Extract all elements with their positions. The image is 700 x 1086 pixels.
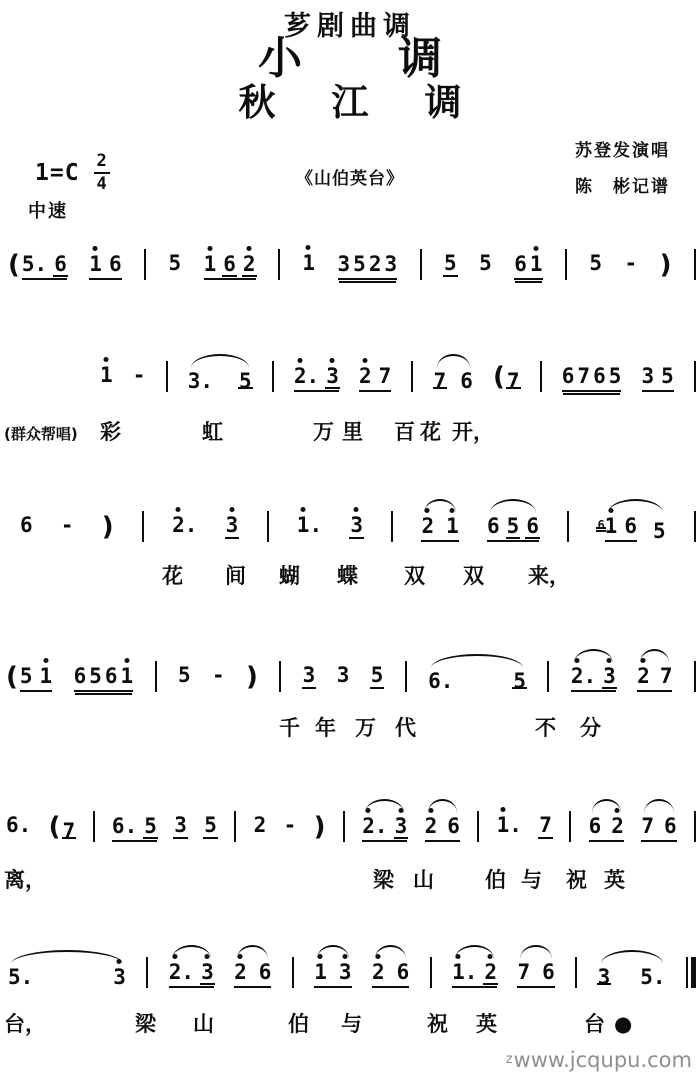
note: 3	[642, 366, 655, 387]
watermark: zwww.jcqupu.com	[506, 1048, 692, 1072]
lyric-syllable: 百	[394, 420, 415, 445]
note: 5	[353, 254, 366, 275]
octave-dot	[205, 954, 210, 959]
octave-dot	[306, 245, 311, 250]
note-number: 1	[121, 666, 134, 687]
note-number: 3	[303, 665, 316, 686]
note: -	[61, 515, 74, 542]
lyric-row: 花间蝴蝶双双来，	[0, 564, 700, 592]
lyric-syllable: 虹	[202, 420, 223, 445]
note: 1	[446, 516, 459, 537]
note-group: 5.6	[22, 254, 67, 280]
octave-dot	[354, 507, 359, 512]
lyric-syllable: ●	[614, 1012, 632, 1037]
note-group: 27	[359, 366, 391, 392]
title-char: 调	[425, 84, 462, 123]
note: 6	[447, 816, 460, 837]
underline	[62, 837, 77, 839]
note: 5	[479, 253, 492, 280]
note: 3	[174, 815, 187, 842]
note-number: 2	[611, 816, 624, 837]
octave-dot	[124, 658, 129, 663]
note-number: 2	[369, 254, 382, 275]
note-number: 3	[326, 366, 339, 387]
note: 5	[653, 521, 666, 542]
note-number: 3	[337, 665, 350, 686]
underline	[238, 387, 253, 389]
second-beam-line	[339, 281, 397, 283]
barline	[694, 249, 696, 280]
note-group: (7	[493, 364, 520, 392]
music-line: 1-3.52.32776(7676535	[100, 356, 696, 392]
note-number: 6	[664, 816, 677, 837]
note-number: 2	[484, 962, 497, 983]
note: 2	[369, 254, 382, 275]
note: 6	[624, 516, 637, 537]
underline	[173, 837, 188, 839]
lyric-syllable: 梁	[135, 1012, 156, 1037]
barline	[272, 361, 274, 392]
extra-underline	[483, 983, 498, 985]
extra-underline	[325, 387, 340, 389]
slur-group: 26	[372, 962, 409, 988]
note-number: 2	[637, 666, 650, 687]
slur-group: 26	[234, 962, 271, 988]
note: 2	[637, 666, 650, 687]
note: 6.	[428, 671, 453, 692]
note: 6	[109, 254, 122, 275]
note: 2.	[362, 816, 387, 837]
extra-underline	[200, 983, 215, 985]
note-number: 5	[20, 666, 33, 687]
note-number: 2.	[571, 666, 596, 687]
note-number: 6	[109, 254, 122, 275]
barline	[278, 249, 280, 280]
note: 5	[371, 665, 384, 692]
note: 5	[444, 253, 457, 280]
octave-dot	[488, 954, 493, 959]
note-number: 3	[603, 666, 616, 687]
open-paren: (	[493, 364, 505, 392]
note-number: 7	[660, 666, 673, 687]
close-paren: )	[314, 814, 326, 842]
note-number: 3	[384, 254, 397, 275]
note-number: 1	[605, 516, 618, 537]
note-number: 1.	[452, 962, 477, 983]
note: 5	[507, 516, 520, 537]
note-number: 5	[444, 253, 457, 274]
note: 6	[74, 666, 87, 687]
barline	[292, 957, 294, 988]
barline	[547, 661, 549, 692]
note: 3	[384, 254, 397, 275]
note: 6	[542, 962, 555, 983]
note-group: 16	[89, 254, 121, 280]
note: 2.	[169, 962, 194, 983]
open-paren: (	[6, 664, 18, 692]
note-number: 5	[144, 816, 157, 837]
lyric-syllable: 祝	[566, 868, 587, 893]
octave-dot	[297, 358, 302, 363]
watermark-mark: z	[506, 1052, 513, 1067]
note: 6	[664, 816, 677, 837]
note-number: 1	[40, 666, 53, 687]
note-number: 6.	[112, 816, 137, 837]
note-number: 3	[642, 366, 655, 387]
lyric-syllable: 伯	[485, 868, 506, 893]
note: 5	[661, 366, 674, 387]
note: 7	[507, 371, 520, 392]
close-paren: )	[660, 252, 672, 280]
lyric-syllable: 彩	[100, 420, 121, 445]
note-number: -	[624, 253, 637, 274]
note: 1	[40, 666, 53, 687]
underline	[203, 837, 218, 839]
note: 3	[598, 967, 611, 988]
octave-dot	[172, 954, 177, 959]
note: 2	[421, 516, 434, 537]
note: 3	[201, 962, 214, 983]
note-group: 16	[605, 516, 637, 542]
note-group: (5.6	[8, 252, 67, 280]
note-number: 6	[487, 516, 500, 537]
lyric-syllable: 伯	[288, 1012, 309, 1037]
note-number: 5	[589, 253, 602, 274]
note: 5	[89, 666, 102, 687]
barline	[565, 249, 567, 280]
title-char: 调	[398, 36, 442, 82]
octave-dot	[104, 357, 109, 362]
note-number: 1	[446, 516, 459, 537]
extra-underline	[242, 275, 257, 277]
tune-name: 秋江调	[0, 84, 700, 123]
lyric-syllable: 不	[535, 716, 556, 741]
slur-arc	[644, 799, 673, 813]
note-number: 6	[542, 962, 555, 983]
note-number: 1.	[297, 515, 322, 536]
slur-arc	[608, 499, 663, 513]
note-number: 5	[353, 254, 366, 275]
lyric-syllable: 代	[395, 716, 416, 741]
note: 2	[372, 962, 385, 983]
octave-dot	[300, 507, 305, 512]
barline	[411, 361, 413, 392]
note-number: 2.	[169, 962, 194, 983]
second-beam-line	[75, 693, 133, 695]
barline	[694, 661, 696, 692]
music-line: 6.(76.5352-)2.3261.76276	[6, 806, 696, 842]
note-group: 6165	[597, 516, 665, 542]
octave-dot	[176, 507, 181, 512]
note: 2.	[571, 666, 596, 687]
octave-dot	[43, 658, 48, 663]
note-number: 3	[338, 254, 351, 275]
note-number: -	[61, 515, 74, 536]
note: 3.	[188, 371, 213, 392]
singer-credit: 苏登发演唱	[575, 136, 670, 161]
lyric-syllable: 蝶	[337, 564, 358, 589]
lyric-syllable: 梁	[373, 868, 394, 893]
slur-group: 26	[425, 816, 460, 842]
octave-dot	[366, 808, 371, 813]
note-number: 7	[539, 815, 552, 836]
note: 2	[611, 816, 624, 837]
barline	[93, 811, 95, 842]
note-number: 7	[641, 816, 654, 837]
note-group: 51	[20, 666, 52, 692]
note: 6	[54, 254, 67, 275]
octave-dot	[450, 508, 455, 513]
note-number: 2	[372, 962, 385, 983]
note: 7	[539, 815, 552, 842]
note: 3	[350, 515, 363, 542]
note-number: 3	[201, 962, 214, 983]
note-number: 2	[254, 815, 267, 836]
note-number: 6	[624, 516, 637, 537]
extra-underline	[525, 537, 540, 539]
note: 6	[460, 371, 473, 392]
title-char: 小	[258, 36, 302, 82]
note-number: 1	[89, 254, 102, 275]
underline	[370, 687, 385, 689]
lyric-syllable: 离，	[4, 868, 46, 893]
note: 7	[517, 962, 530, 983]
second-beam-line	[563, 393, 621, 395]
note-number: 6	[223, 254, 236, 275]
barline	[694, 511, 696, 542]
title-char: 秋	[239, 84, 276, 123]
note-group: 61	[514, 254, 542, 280]
note: 5	[144, 816, 157, 837]
note-number: -	[212, 665, 225, 686]
lyric-syllable: 英	[476, 1012, 497, 1037]
note: 7	[434, 371, 447, 392]
note: 6	[223, 254, 236, 275]
lyric-syllable: 英	[604, 868, 625, 893]
note-number: 3	[339, 962, 352, 983]
underline	[538, 837, 553, 839]
note: 7	[660, 666, 673, 687]
note: 5	[204, 815, 217, 842]
barline	[477, 811, 479, 842]
underline	[506, 387, 521, 389]
slur-group: 165	[605, 516, 666, 542]
slur-group: 3.5	[188, 371, 252, 392]
final-barline	[686, 957, 696, 988]
octave-dot	[533, 246, 538, 251]
octave-dot	[641, 658, 646, 663]
tempo-marking: 中速	[28, 197, 68, 223]
music-line: 6-)2.31.3216566165	[20, 506, 696, 542]
note-group: 162	[204, 254, 256, 280]
note: -	[133, 365, 146, 392]
lyric-syllable: 与	[341, 1012, 362, 1037]
note: 2	[425, 816, 438, 837]
note: -	[284, 815, 297, 842]
lyric-syllable: 祝	[427, 1012, 448, 1037]
lyric-syllable: 万	[355, 716, 376, 741]
note: 5	[20, 666, 33, 687]
underline	[225, 537, 240, 539]
music-line: (5.61651621352355615-)	[8, 244, 696, 280]
note: 6	[589, 816, 602, 837]
lyric-syllable: 双	[404, 564, 425, 589]
note: 5	[513, 671, 526, 692]
underline	[443, 275, 458, 277]
note-number: 1	[100, 365, 113, 386]
octave-dot	[500, 807, 505, 812]
note-number: 3.	[188, 371, 213, 392]
note-number: 5.	[640, 967, 665, 988]
note-number: 1	[314, 962, 327, 983]
note: -	[624, 253, 637, 280]
note-number: 6	[20, 515, 33, 536]
note-number: 6	[593, 366, 606, 387]
barline	[540, 361, 542, 392]
note: 6	[259, 962, 272, 983]
note: 1.	[452, 962, 477, 983]
watermark-url: www.jcqupu.com	[514, 1048, 692, 1072]
title-char: 江	[332, 84, 369, 123]
slur-group: 2.3	[169, 962, 214, 988]
note-number: 2	[234, 962, 247, 983]
octave-dot	[607, 658, 612, 663]
note: 7	[63, 821, 76, 842]
note-number: 3	[395, 816, 408, 837]
note-number: 7	[379, 366, 392, 387]
note-number: 5	[479, 253, 492, 274]
open-paren: (	[8, 252, 20, 280]
octave-dot	[238, 954, 243, 959]
note: 5	[168, 253, 181, 280]
note-number: 2	[425, 816, 438, 837]
octave-dot	[425, 508, 430, 513]
note-number: 6	[259, 962, 272, 983]
note-number: 1	[302, 253, 315, 274]
note: 3	[226, 515, 239, 542]
slur-arc	[11, 950, 123, 964]
note-number: 6	[54, 254, 67, 275]
slur-group: 2.3	[571, 666, 616, 692]
note-number: 7	[517, 962, 530, 983]
lyric-syllable: 分	[580, 716, 601, 741]
note-number: 3	[174, 815, 187, 836]
note-number: 5	[204, 815, 217, 836]
note-group: (7	[49, 814, 76, 842]
slur-group: 27	[637, 666, 672, 692]
note: 2	[234, 962, 247, 983]
octave-dot	[615, 808, 620, 813]
extra-underline	[143, 837, 158, 839]
octave-dot	[207, 246, 212, 251]
slur-arc	[520, 945, 551, 959]
close-paren: )	[246, 664, 258, 692]
lyric-syllable: 与	[521, 868, 542, 893]
extra-underline	[394, 837, 409, 839]
lyric-syllable: 间	[225, 564, 246, 589]
barline	[267, 511, 269, 542]
note-group: 2.3	[294, 366, 339, 392]
note: 6	[20, 515, 33, 542]
lyric-syllable: 台，	[4, 1012, 46, 1037]
note-number: 5	[653, 521, 666, 542]
note-number: 3	[226, 515, 239, 536]
note: 6.	[6, 815, 31, 842]
barline	[420, 249, 422, 280]
note: 1.	[497, 815, 522, 842]
note-number: 5	[89, 666, 102, 687]
note-group: 3523	[338, 254, 398, 280]
note-number: 2	[359, 366, 372, 387]
lyric-syllable: 开，	[452, 420, 494, 445]
note: 5	[178, 665, 191, 692]
note-number: 5	[609, 366, 622, 387]
note: 6	[593, 366, 606, 387]
note-number: 3	[350, 515, 363, 536]
note: 1	[121, 666, 134, 687]
open-paren: (	[49, 814, 61, 842]
note-number: 1	[530, 254, 543, 275]
slur-group: 76	[517, 962, 554, 988]
barline	[567, 511, 569, 542]
note: 3	[339, 962, 352, 983]
close-paren: )	[102, 514, 114, 542]
extra-underline	[53, 275, 68, 277]
note-number: 5.	[22, 254, 47, 275]
lyric-row: (群众帮唱)彩虹万里百花开，	[0, 420, 700, 448]
slur-group: 62	[589, 816, 624, 842]
lyric-syllable: (群众帮唱)	[4, 425, 78, 443]
lyric-row: 台，梁山伯与祝英台●	[0, 1012, 700, 1040]
note: 1	[302, 253, 315, 280]
note: 6	[562, 366, 575, 387]
note-number: 5	[661, 366, 674, 387]
barline	[405, 661, 407, 692]
underline	[349, 537, 364, 539]
barline	[155, 661, 157, 692]
note: 3	[338, 254, 351, 275]
octave-dot	[398, 808, 403, 813]
slur-group: 2.3	[362, 816, 407, 842]
slur-group: 13	[314, 962, 351, 988]
note: 5	[589, 253, 602, 280]
octave-dot	[246, 246, 251, 251]
note-number: 6	[589, 816, 602, 837]
note: 5.	[8, 967, 33, 988]
barline	[142, 511, 144, 542]
note: 6	[514, 254, 527, 275]
note: 3	[113, 967, 126, 988]
barline	[694, 811, 696, 842]
music-line: (5165615-)3356.52.327	[6, 656, 696, 692]
underline	[433, 387, 448, 389]
grace-note: 6	[597, 519, 604, 531]
extra-underline	[602, 687, 617, 689]
note: 2.	[172, 515, 197, 542]
note: 1.	[297, 515, 322, 542]
second-beam-line	[515, 281, 541, 283]
note: 2.	[294, 366, 319, 387]
barline	[166, 361, 168, 392]
note: 2	[484, 962, 497, 983]
note: 1	[314, 962, 327, 983]
barline	[391, 511, 393, 542]
octave-dot	[375, 954, 380, 959]
lyric-syllable: 山	[413, 868, 434, 893]
note: 7	[379, 366, 392, 387]
underline	[512, 687, 527, 689]
note: 7	[577, 366, 590, 387]
